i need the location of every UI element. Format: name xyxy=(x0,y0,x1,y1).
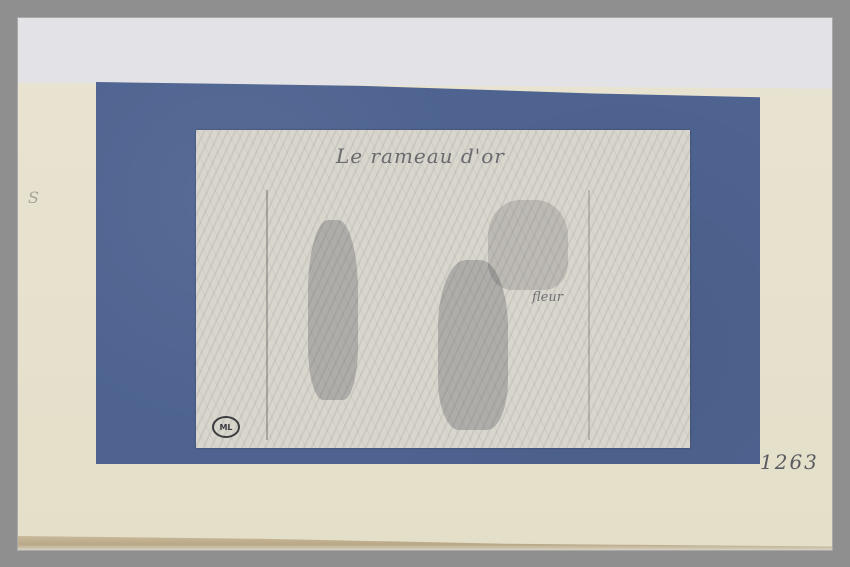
figure-center xyxy=(438,260,508,430)
photo-frame: S Le rameau d'or fleur ML 1263 xyxy=(18,18,832,550)
figure-left xyxy=(308,220,358,400)
margin-mark: S xyxy=(28,188,39,207)
pencil-sketch: Le rameau d'or fleur ML xyxy=(196,130,690,448)
sketch-title-inscription: Le rameau d'or xyxy=(336,144,505,168)
collection-stamp: ML xyxy=(212,416,240,438)
inventory-number: 1263 xyxy=(760,450,819,474)
sketch-secondary-inscription: fleur xyxy=(532,290,563,305)
sketch-scene xyxy=(266,190,590,440)
top-paper-strip xyxy=(18,18,832,94)
foliage xyxy=(488,200,568,290)
